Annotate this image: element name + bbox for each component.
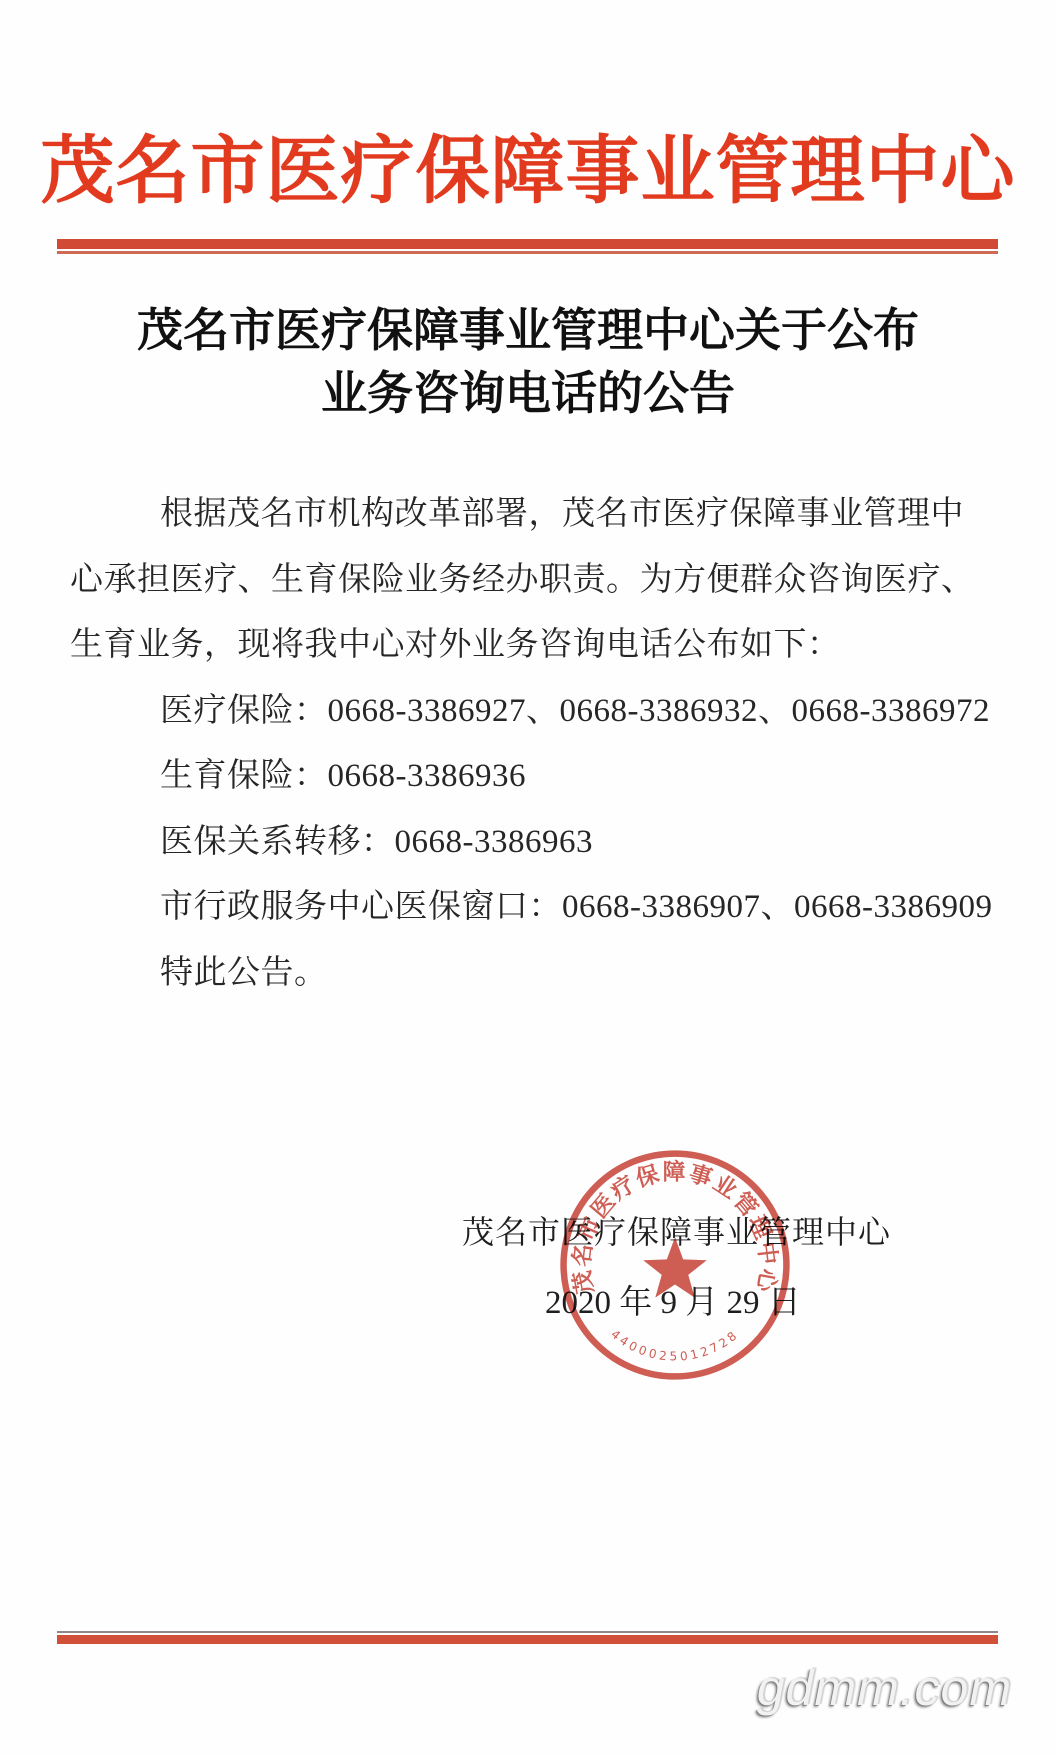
footer-divider [57,1631,998,1644]
body-text: 根据茂名市机构改革部署，茂名市医疗保障事业管理中 心承担医疗、生育保险业务经办职… [70,482,964,1006]
document-title-line2: 业务咨询电话的公告 [0,362,1056,425]
document-title-line1: 茂名市医疗保障事业管理中心关于公布 [0,299,1056,362]
body-line: 生育业务，现将我中心对外业务咨询电话公布如下： [70,613,964,679]
body-line-medical-phones: 医疗保险：0668-3386927、0668-3386932、0668-3386… [70,679,964,745]
body-line-maternity-phone: 生育保险：0668-3386936 [70,744,964,810]
announcement-document: 茂名市医疗保障事业管理中心 茂名市医疗保障事业管理中心关于公布 业务咨询电话的公… [0,0,1056,1754]
seal-code-text: 4400025012728 [608,1327,742,1364]
document-title: 茂名市医疗保障事业管理中心关于公布 业务咨询电话的公告 [0,299,1056,425]
divider-thick-line [57,239,998,249]
body-line-window-phones: 市行政服务中心医保窗口：0668-3386907、0668-3386909 [70,875,964,941]
seal-star-icon [643,1237,707,1297]
official-seal-stamp: 茂名市医疗保障事业管理中心 4400025012728 [545,1135,805,1395]
watermark: gdmm.com [757,1660,1012,1716]
body-line: 根据茂名市机构改革部署，茂名市医疗保障事业管理中 [70,482,964,548]
body-line-closing: 特此公告。 [70,941,964,1007]
footer-thin-line [57,1631,998,1633]
letterhead-divider [57,239,998,254]
body-line-transfer-phone: 医保关系转移：0668-3386963 [70,810,964,876]
divider-thin-line [57,251,998,254]
body-line: 心承担医疗、生育保险业务经办职责。为方便群众咨询医疗、 [70,548,964,614]
letterhead-org-name: 茂名市医疗保障事业管理中心 [0,124,1056,220]
footer-thick-line [57,1635,998,1644]
